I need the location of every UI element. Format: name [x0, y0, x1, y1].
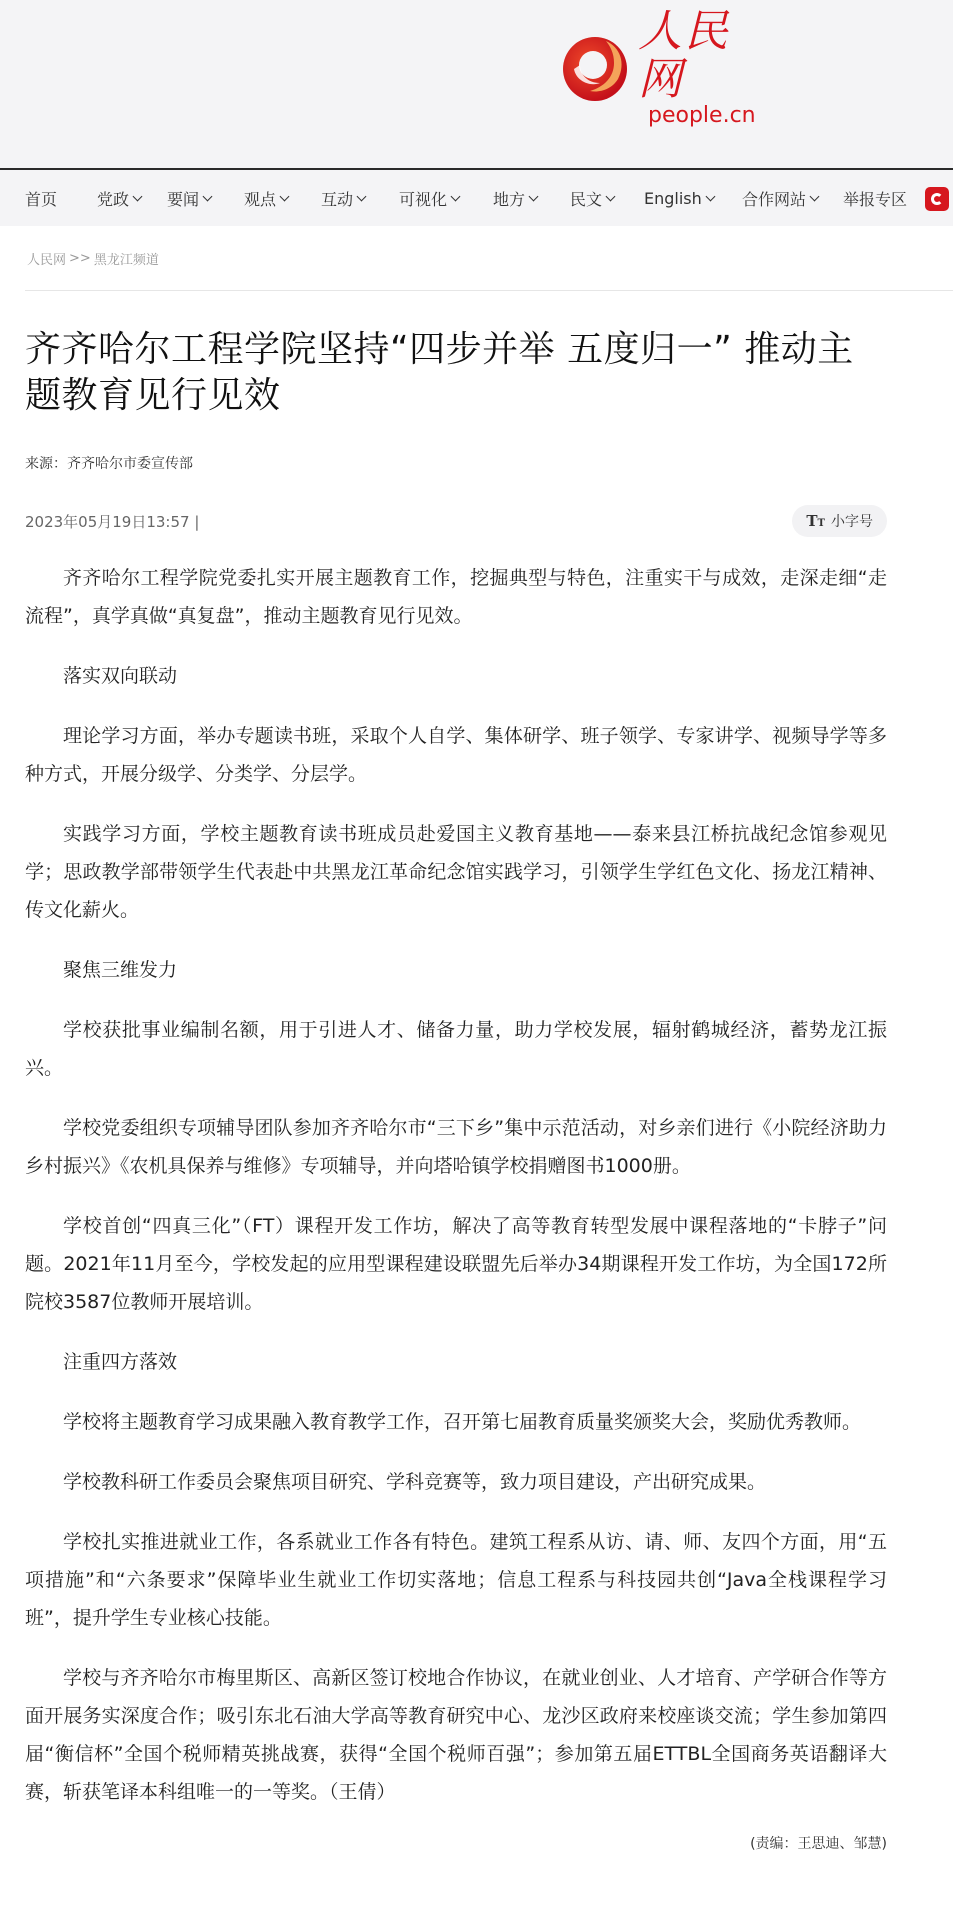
- nav-label: 举报专区: [843, 187, 907, 210]
- paragraph: 学校与齐齐哈尔市梅里斯区、高新区签订校地合作协议，在就业创业、人才培育、产学研合…: [25, 1659, 887, 1811]
- chevron-down-icon: [280, 191, 290, 201]
- people-app-icon[interactable]: [925, 187, 949, 211]
- chevron-down-icon: [810, 191, 820, 201]
- publish-date: 2023年05月19日13:57 |: [25, 511, 199, 532]
- breadcrumb-channel-link[interactable]: 黑龙江频道: [94, 249, 159, 268]
- breadcrumb-separator: >>: [69, 251, 91, 266]
- breadcrumb: 人民网 >> 黑龙江频道: [0, 226, 953, 290]
- chevron-down-icon: [357, 191, 367, 201]
- paragraph: 理论学习方面，举办专题读书班，采取个人自学、集体研学、班子领学、专家讲学、视频导…: [25, 717, 887, 793]
- site-header: 人民网 people.cn: [0, 0, 953, 170]
- section-heading: 聚焦三维发力: [25, 951, 887, 989]
- chevron-down-icon: [606, 191, 616, 201]
- chevron-down-icon: [529, 191, 539, 201]
- nav-label: 要闻: [167, 187, 199, 210]
- nav-label: 互动: [321, 187, 353, 210]
- editor-credit: (责编：王思迪、邹慧): [25, 1833, 887, 1853]
- article-source: 来源：齐齐哈尔市委宣传部: [25, 453, 887, 473]
- paragraph: 实践学习方面，学校主题教育读书班成员赴爱国主义教育基地——泰来县江桥抗战纪念馆参…: [25, 815, 887, 929]
- section-heading: 落实双向联动: [25, 657, 887, 695]
- nav-label: 党政: [97, 187, 129, 210]
- breadcrumb-root-link[interactable]: 人民网: [27, 249, 66, 268]
- section-heading: 注重四方落效: [25, 1343, 887, 1381]
- logo-chinese-text: 人民网: [638, 8, 775, 104]
- breadcrumb-divider: [25, 290, 953, 291]
- chevron-down-icon: [451, 191, 461, 201]
- paragraph: 学校扎实推进就业工作，各系就业工作各有特色。建筑工程系从访、请、师、友四个方面，…: [25, 1523, 887, 1637]
- nav-item-home[interactable]: 首页: [25, 187, 97, 210]
- article-meta-row: 2023年05月19日13:57 | TT 小字号: [25, 503, 887, 539]
- nav-label: 观点: [244, 187, 276, 210]
- chevron-down-icon: [203, 191, 213, 201]
- nav-label: 合作网站: [742, 187, 806, 210]
- font-size-toggle-button[interactable]: TT 小字号: [792, 505, 887, 537]
- nav-item-news[interactable]: 要闻: [167, 187, 244, 210]
- paragraph: 学校教科研工作委员会聚焦项目研究、学科竞赛等，致力项目建设，产出研究成果。: [25, 1463, 887, 1501]
- paragraph: 学校党委组织专项辅导团队参加齐齐哈尔市“三下乡”集中示范活动，对乡亲们进行《小院…: [25, 1109, 887, 1185]
- nav-label: English: [644, 189, 702, 208]
- nav-item-visualization[interactable]: 可视化: [399, 187, 493, 210]
- people-cn-logo[interactable]: 人民网 people.cn: [560, 25, 775, 110]
- article: 齐齐哈尔工程学院坚持“四步并举 五度归一” 推动主题教育见行见效 来源：齐齐哈尔…: [0, 327, 953, 1853]
- logo-english-text: people.cn: [648, 104, 756, 128]
- paragraph: 学校首创“四真三化”（FT）课程开发工作坊，解决了高等教育转型发展中课程落地的“…: [25, 1207, 887, 1321]
- logo-globe-icon: [560, 33, 630, 103]
- nav-label: 可视化: [399, 187, 447, 210]
- paragraph: 齐齐哈尔工程学院党委扎实开展主题教育工作，挖掘典型与特色，注重实干与成效，走深走…: [25, 559, 887, 635]
- text-size-icon: TT: [806, 512, 825, 530]
- nav-label: 地方: [493, 187, 525, 210]
- nav-item-ethnic-languages[interactable]: 民文: [570, 187, 644, 210]
- chevron-down-icon: [705, 191, 715, 201]
- nav-item-interaction[interactable]: 互动: [321, 187, 399, 210]
- nav-label: 首页: [25, 187, 57, 210]
- nav-item-local[interactable]: 地方: [493, 187, 570, 210]
- nav-item-english[interactable]: English: [644, 189, 742, 208]
- paragraph: 学校将主题教育学习成果融入教育教学工作，召开第七届教育质量奖颁奖大会，奖励优秀教…: [25, 1403, 887, 1441]
- nav-item-party-politics[interactable]: 党政: [97, 187, 167, 210]
- font-size-label: 小字号: [831, 511, 873, 531]
- article-title: 齐齐哈尔工程学院坚持“四步并举 五度归一” 推动主题教育见行见效: [25, 327, 887, 419]
- article-body: 齐齐哈尔工程学院党委扎实开展主题教育工作，挖掘典型与特色，注重实干与成效，走深走…: [25, 559, 887, 1811]
- nav-item-partner-sites[interactable]: 合作网站: [742, 187, 843, 210]
- nav-item-opinion[interactable]: 观点: [244, 187, 321, 210]
- main-nav: 首页 党政 要闻 观点 互动 可视化 地方 民文 English 合作网站 举报…: [0, 170, 953, 226]
- nav-item-report[interactable]: 举报专区: [843, 187, 907, 210]
- paragraph: 学校获批事业编制名额，用于引进人才、储备力量，助力学校发展，辐射鹤城经济，蓄势龙…: [25, 1011, 887, 1087]
- nav-label: 民文: [570, 187, 602, 210]
- chevron-down-icon: [133, 191, 143, 201]
